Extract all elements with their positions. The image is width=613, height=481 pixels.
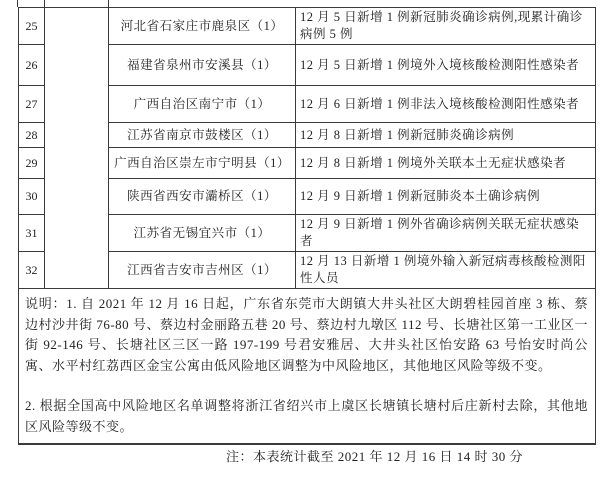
notes-paragraph-1: 说明：1. 自 2021 年 12 月 16 日起，广东省东莞市大朗镇大井头社区… (25, 294, 588, 376)
notes-paragraph-2: 2. 根据全国高中风险地区名单调整将浙江省绍兴市上虞区长塘镇长塘村后庄新村去除，… (25, 396, 588, 437)
description-cell: 12 月 5 日新增 1 例境外入境核酸检测阳性感染者 (296, 45, 596, 86)
location-cell: 江苏省南京市鼓楼区（1） (109, 123, 296, 148)
description-cell: 12 月 5 日新增 1 例新冠肺炎确诊病例,现累计确诊病例 5 例 (296, 8, 596, 45)
location-cell: 陕西省西安市灞桥区（1） (109, 179, 296, 215)
location-cell: 河北省石家庄市鹿泉区（1） (109, 8, 296, 45)
description-cell: 12 月 13 日新增 1 例境外输入新冠病毒核酸检测阳性人员 (296, 252, 596, 289)
merged-empty-cell (45, 8, 109, 289)
description-cell: 12 月 6 日新增 1 例非法入境核酸检测阳性感染者 (296, 86, 596, 123)
table-top-stub-divider (108, 0, 109, 7)
description-cell: 12 月 9 日新增 1 例外省确诊病例关联无症状感染者 (296, 215, 596, 252)
row-number-cell: 28 (19, 123, 45, 148)
notes-cell: 说明：1. 自 2021 年 12 月 16 日起，广东省东莞市大朗镇大井头社区… (19, 289, 596, 444)
location-cell: 江苏省无锡宜兴市（1） (109, 215, 296, 252)
location-cell: 江西省吉安市吉州区（1） (109, 252, 296, 289)
row-number-cell: 27 (19, 86, 45, 123)
location-cell: 广西自治区崇左市宁明县（1） (109, 148, 296, 179)
table-row: 25 河北省石家庄市鹿泉区（1） 12 月 5 日新增 1 例新冠肺炎确诊病例,… (19, 8, 596, 45)
location-cell: 广西自治区南宁市（1） (109, 86, 296, 123)
risk-area-table: 25 河北省石家庄市鹿泉区（1） 12 月 5 日新增 1 例新冠肺炎确诊病例,… (18, 7, 596, 445)
location-cell: 福建省泉州市安溪县（1） (109, 45, 296, 86)
stats-cutoff-note: 注：本表统计截至 2021 年 12 月 16 日 14 时 30 分 (226, 446, 523, 465)
row-number-cell: 25 (19, 8, 45, 45)
row-number-cell: 31 (19, 215, 45, 252)
description-cell: 12 月 8 日新增 1 例新冠肺炎确诊病例 (296, 123, 596, 148)
risk-area-table-container: 25 河北省石家庄市鹿泉区（1） 12 月 5 日新增 1 例新冠肺炎确诊病例,… (18, 7, 596, 445)
row-number-cell: 29 (19, 148, 45, 179)
table-top-stub-left (17, 0, 45, 7)
row-number-cell: 32 (19, 252, 45, 289)
description-cell: 12 月 8 日新增 1 例境外关联本土无症状感染者 (296, 148, 596, 179)
row-number-cell: 26 (19, 45, 45, 86)
row-number-cell: 30 (19, 179, 45, 215)
description-cell: 12 月 9 日新增 1 例新冠肺炎本土确诊病例 (296, 179, 596, 215)
document-page: 25 河北省石家庄市鹿泉区（1） 12 月 5 日新增 1 例新冠肺炎确诊病例,… (0, 0, 613, 481)
notes-row: 说明：1. 自 2021 年 12 月 16 日起，广东省东莞市大朗镇大井头社区… (19, 289, 596, 444)
